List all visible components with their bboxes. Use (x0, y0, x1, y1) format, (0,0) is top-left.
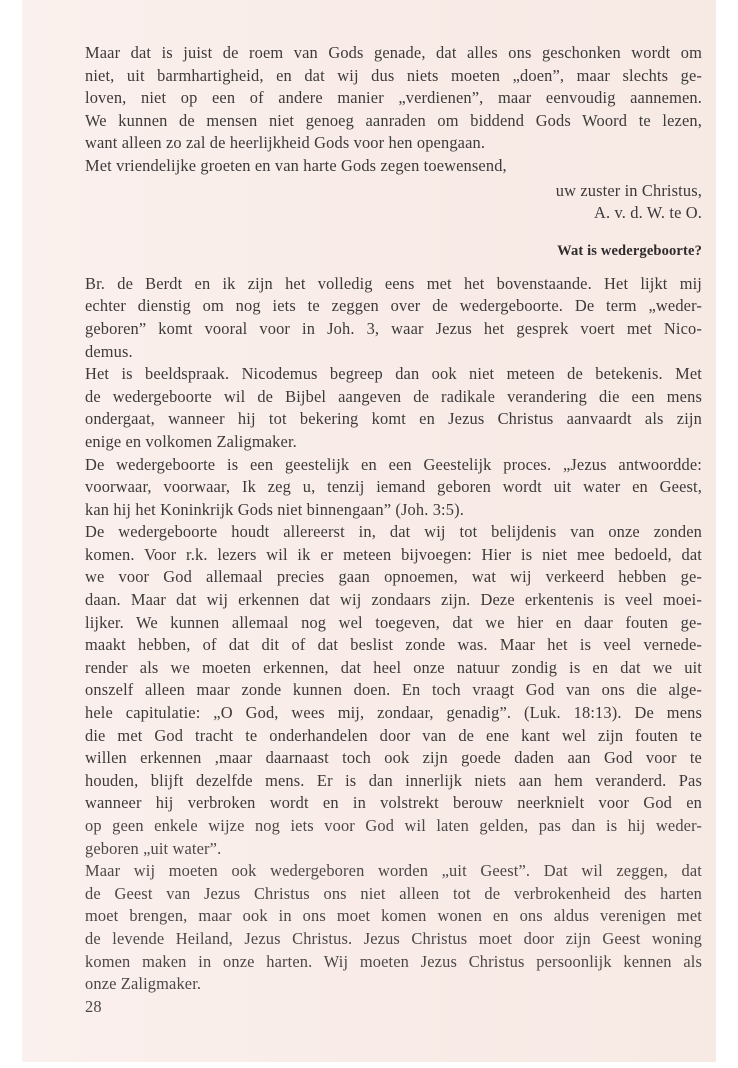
book-page: Maar dat is juist de roem van Gods genad… (22, 0, 716, 1062)
paragraph-line: hele capitulatie: „O God, wees mij, zond… (85, 702, 702, 725)
letter-line: want alleen zo zal de heerlijkheid Gods … (85, 132, 702, 155)
paragraph-line: echter dienstig om nog iets te zeggen ov… (85, 295, 702, 318)
paragraph-line: moet brengen, maar ook in ons moet komen… (85, 905, 702, 928)
paragraph-line: de Geest van Jezus Christus ons niet all… (85, 883, 702, 906)
paragraph-line: onze Zaligmaker. (85, 973, 702, 996)
page-number: 28 (85, 996, 702, 1019)
paragraph-line: wanneer hij verbroken wordt en in volstr… (85, 792, 702, 815)
paragraph-line: die met God tracht te onderhandelen door… (85, 725, 702, 748)
paragraph-line: komen maken in onze harten. Wij moeten J… (85, 951, 702, 974)
signature-closing: uw zuster in Christus, (85, 180, 702, 203)
paragraph-line: voorwaar, voorwaar, Ik zeg u, tenzij iem… (85, 476, 702, 499)
article-paragraph-2: Het is beeldspraak. Nicodemus begreep da… (85, 363, 702, 453)
paragraph-line: demus. (85, 341, 702, 364)
signature-name: A. v. d. W. te O. (85, 202, 702, 225)
paragraph-line: lijker. We kunnen allemaal nog wel toege… (85, 612, 702, 635)
paragraph-line: De wedergeboorte houdt allereerst in, da… (85, 521, 702, 544)
paragraph-line: enige en volkomen Zaligmaker. (85, 431, 702, 454)
article-paragraph-3: De wedergeboorte is een geestelijk en ee… (85, 454, 702, 522)
paragraph-line: Br. de Berdt en ik zijn het volledig een… (85, 273, 702, 296)
paragraph-line: de levende Heiland, Jezus Christus. Jezu… (85, 928, 702, 951)
paragraph-line: Het is beeldspraak. Nicodemus begreep da… (85, 363, 702, 386)
paragraph-line: houden, blijft dezelfde mens. Er is dan … (85, 770, 702, 793)
letter-line: loven, niet op een of andere manier „ver… (85, 87, 702, 110)
page-text: Maar dat is juist de roem van Gods genad… (85, 42, 702, 1018)
paragraph-line: geboren” komt vooral voor in Joh. 3, waa… (85, 318, 702, 341)
paragraph-line: maakt hebben, of dat dit of dat beslist … (85, 634, 702, 657)
paragraph-line: kan hij het Koninkrijk Gods niet binneng… (85, 499, 702, 522)
paragraph-line: willen erkennen ,maar daarnaast toch ook… (85, 747, 702, 770)
paragraph-line: onszelf alleen maar zonde kunnen doen. E… (85, 679, 702, 702)
paragraph-line: komen. Voor r.k. lezers wil ik er meteen… (85, 544, 702, 567)
paragraph-line: Maar wij moeten ook wedergeboren worden … (85, 860, 702, 883)
paragraph-line: de wedergeboorte wil de Bijbel aangeven … (85, 386, 702, 409)
paragraph-line: daan. Maar dat wij erkennen dat wij zond… (85, 589, 702, 612)
paragraph-line: ondergaat, wanneer hij tot bekering komt… (85, 408, 702, 431)
letter-line: Maar dat is juist de roem van Gods genad… (85, 42, 702, 65)
letter-line: We kunnen de mensen niet genoeg aanraden… (85, 110, 702, 133)
article-paragraph-1: Br. de Berdt en ik zijn het volledig een… (85, 273, 702, 363)
paragraph-line: op geen enkele wijze nog iets voor God w… (85, 815, 702, 838)
paragraph-line: De wedergeboorte is een geestelijk en ee… (85, 454, 702, 477)
letter-line: Met vriendelijke groeten en van harte Go… (85, 155, 702, 178)
letter-line: niet, uit barmhartigheid, en dat wij dus… (85, 65, 702, 88)
letter-signature: uw zuster in Christus, A. v. d. W. te O. (85, 180, 702, 225)
paragraph-line: render als we moeten erkennen, dat heel … (85, 657, 702, 680)
letter-body: Maar dat is juist de roem van Gods genad… (85, 42, 702, 178)
article-paragraph-4: De wedergeboorte houdt allereerst in, da… (85, 521, 702, 860)
article-heading: Wat is wedergeboorte? (85, 240, 702, 262)
article-paragraph-5: Maar wij moeten ook wedergeboren worden … (85, 860, 702, 996)
paragraph-line: geboren „uit water”. (85, 838, 702, 861)
paragraph-line: we voor God allemaal precies gaan opnoem… (85, 566, 702, 589)
